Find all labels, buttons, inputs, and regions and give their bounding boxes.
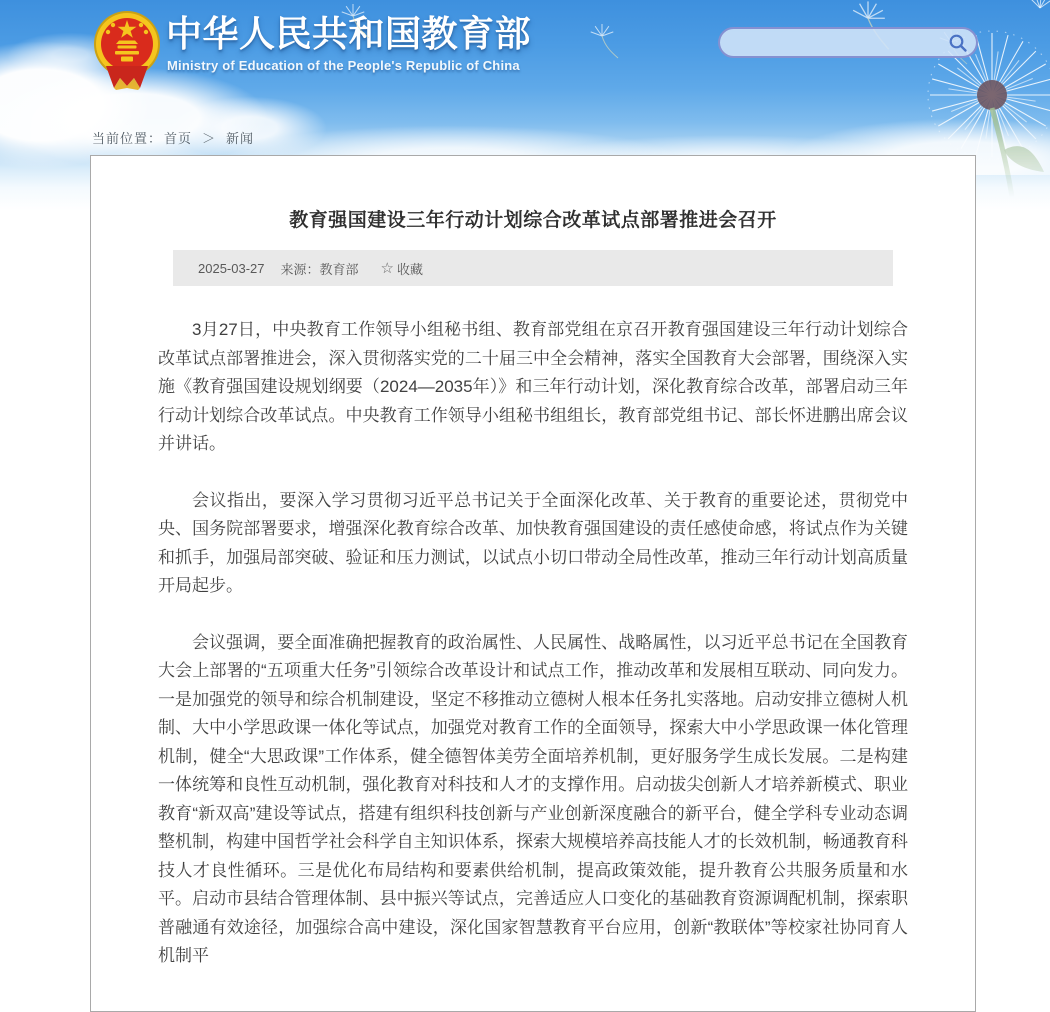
search-icon [948, 33, 968, 53]
content-box: 教育强国建设三年行动计划综合改革试点部署推进会召开 2025-03-27 来源：… [90, 155, 976, 1012]
star-icon: ☆ [381, 259, 394, 277]
seed-icon [585, 22, 619, 62]
breadcrumb-link-2[interactable]: 新闻 [226, 131, 254, 146]
search-box [718, 27, 978, 58]
article-body: 3月27日，中央教育工作领导小组秘书组、教育部党组在京召开教育强国建设三年行动计… [158, 316, 908, 971]
breadcrumb-label: 当前位置： [92, 131, 162, 146]
favorite-button[interactable]: ☆ 收藏 [381, 259, 423, 278]
article-paragraph: 会议指出，要深入学习贯彻习近平总书记关于全面深化改革、关于教育的重要论述，贯彻党… [158, 487, 908, 601]
article-paragraph: 会议强调，要全面准确把握教育的政治属性、人民属性、战略属性，以习近平总书记在全国… [158, 629, 908, 971]
article-date: 2025-03-27 [198, 261, 265, 276]
breadcrumb-separator: ＞ [202, 131, 216, 146]
article-source: 来源：教育部 [281, 259, 359, 278]
search-input[interactable] [720, 29, 940, 56]
seed-icon [336, 2, 370, 42]
site-subtitle: Ministry of Education of the People's Re… [167, 58, 531, 74]
article: 教育强国建设三年行动计划综合改革试点部署推进会召开 2025-03-27 来源：… [158, 156, 908, 971]
national-emblem-icon [92, 8, 162, 92]
article-title: 教育强国建设三年行动计划综合改革试点部署推进会召开 [158, 156, 908, 234]
article-meta-bar: 2025-03-27 来源：教育部 ☆ 收藏 [173, 250, 893, 286]
article-paragraph: 3月27日，中央教育工作领导小组秘书组、教育部党组在京召开教育强国建设三年行动计… [158, 316, 908, 459]
search-button[interactable] [940, 29, 976, 56]
favorite-label: 收藏 [397, 259, 423, 278]
breadcrumb: 当前位置：首页＞新闻 [92, 128, 256, 147]
breadcrumb-items: 首页＞新闻 [162, 131, 256, 146]
breadcrumb-link-1[interactable]: 首页 [164, 131, 192, 146]
